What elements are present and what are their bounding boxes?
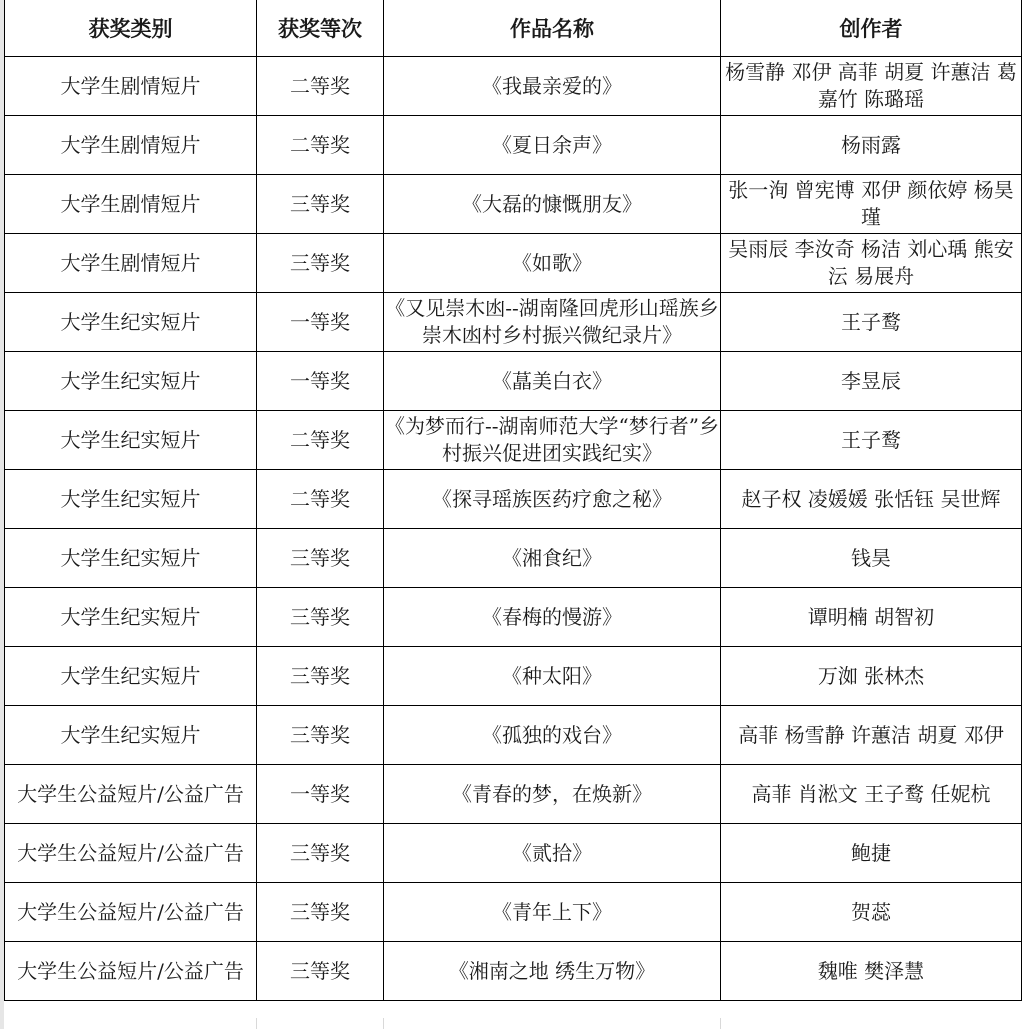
cell-level[interactable]: 二等奖 [257,116,384,175]
cell-title[interactable]: 《探寻瑶族医药疗愈之秘》 [384,470,721,529]
cell-creators[interactable]: 张一洵 曾宪博 邓伊 颜依婷 杨昊瑾 [721,175,1022,234]
header-creators[interactable]: 创作者 [721,0,1022,57]
awards-table: 获奖类别 获奖等次 作品名称 创作者 大学生剧情短片 二等奖 《我最亲爱的》 杨… [4,0,1022,1001]
cell-category[interactable]: 大学生剧情短片 [5,57,257,116]
cell-level[interactable]: 三等奖 [257,824,384,883]
cell-level[interactable]: 一等奖 [257,293,384,352]
cell-level[interactable]: 三等奖 [257,883,384,942]
cell-level[interactable]: 二等奖 [257,57,384,116]
cell-title[interactable]: 《为梦而行--湖南师范大学“梦行者”乡村振兴促进团实践纪实》 [384,411,721,470]
cell-creators[interactable]: 赵子权 凌媛媛 张恬钰 吴世辉 [721,470,1022,529]
cell-creators[interactable]: 魏唯 樊泽慧 [721,942,1022,1001]
cell-title[interactable]: 《如歌》 [384,234,721,293]
cell-creators[interactable]: 高菲 肖淞文 王子鹜 任妮杭 [721,765,1022,824]
cell-category[interactable]: 大学生纪实短片 [5,706,257,765]
cell-level[interactable]: 三等奖 [257,706,384,765]
cell-level[interactable]: 三等奖 [257,175,384,234]
cell-level[interactable]: 三等奖 [257,942,384,1001]
cell-creators[interactable]: 鲍捷 [721,824,1022,883]
cell-title[interactable]: 《大磊的慷慨朋友》 [384,175,721,234]
cell-level[interactable]: 三等奖 [257,234,384,293]
header-row: 获奖类别 获奖等次 作品名称 创作者 [5,0,1022,57]
table-row: 大学生纪实短片 二等奖 《为梦而行--湖南师范大学“梦行者”乡村振兴促进团实践纪… [5,411,1022,470]
cell-title[interactable]: 《湘南之地 绣生万物》 [384,942,721,1001]
cell-creators[interactable]: 万洳 张林杰 [721,647,1022,706]
cell-level[interactable]: 三等奖 [257,647,384,706]
cell-title[interactable]: 《夏日余声》 [384,116,721,175]
table-row: 大学生纪实短片 一等奖 《蕌美白衣》 李昱辰 [5,352,1022,411]
cell-creators[interactable]: 李昱辰 [721,352,1022,411]
cell-title[interactable]: 《孤独的戏台》 [384,706,721,765]
cell-creators[interactable]: 钱昊 [721,529,1022,588]
table-row: 大学生纪实短片 三等奖 《种太阳》 万洳 张林杰 [5,647,1022,706]
table-row: 大学生剧情短片 二等奖 《夏日余声》 杨雨露 [5,116,1022,175]
cell-title[interactable]: 《春梅的慢游》 [384,588,721,647]
cell-creators[interactable]: 贺蕊 [721,883,1022,942]
empty-sheet-area [4,1018,1024,1029]
cell-level[interactable]: 二等奖 [257,470,384,529]
table-row: 大学生剧情短片 三等奖 《如歌》 吴雨辰 李汝奇 杨洁 刘心瑀 熊安沄 易展舟 [5,234,1022,293]
table-row: 大学生公益短片/公益广告 三等奖 《贰拾》 鲍捷 [5,824,1022,883]
table-row: 大学生纪实短片 三等奖 《孤独的戏台》 高菲 杨雪静 许蕙洁 胡夏 邓伊 [5,706,1022,765]
cell-level[interactable]: 三等奖 [257,529,384,588]
cell-title[interactable]: 《又见崇木凼--湖南隆回虎形山瑶族乡崇木凼村乡村振兴微纪录片》 [384,293,721,352]
table-row: 大学生公益短片/公益广告 一等奖 《青春的梦，在焕新》 高菲 肖淞文 王子鹜 任… [5,765,1022,824]
cell-category[interactable]: 大学生纪实短片 [5,352,257,411]
cell-category[interactable]: 大学生纪实短片 [5,293,257,352]
cell-category[interactable]: 大学生纪实短片 [5,470,257,529]
table-row: 大学生公益短片/公益广告 三等奖 《湘南之地 绣生万物》 魏唯 樊泽慧 [5,942,1022,1001]
cell-title[interactable]: 《湘食纪》 [384,529,721,588]
table-row: 大学生纪实短片 三等奖 《湘食纪》 钱昊 [5,529,1022,588]
cell-title[interactable]: 《贰拾》 [384,824,721,883]
awards-sheet: 获奖类别 获奖等次 作品名称 创作者 大学生剧情短片 二等奖 《我最亲爱的》 杨… [4,0,1022,1001]
cell-category[interactable]: 大学生公益短片/公益广告 [5,883,257,942]
cell-level[interactable]: 三等奖 [257,588,384,647]
cell-creators[interactable]: 王子鹜 [721,293,1022,352]
table-row: 大学生纪实短片 二等奖 《探寻瑶族医药疗愈之秘》 赵子权 凌媛媛 张恬钰 吴世辉 [5,470,1022,529]
gridline [256,1018,257,1029]
cell-category[interactable]: 大学生纪实短片 [5,588,257,647]
cell-creators[interactable]: 杨雪静 邓伊 高菲 胡夏 许蕙洁 葛嘉竹 陈璐瑶 [721,57,1022,116]
cell-level[interactable]: 二等奖 [257,411,384,470]
cell-creators[interactable]: 王子鹜 [721,411,1022,470]
cell-category[interactable]: 大学生剧情短片 [5,175,257,234]
cell-category[interactable]: 大学生公益短片/公益广告 [5,824,257,883]
table-row: 大学生剧情短片 二等奖 《我最亲爱的》 杨雪静 邓伊 高菲 胡夏 许蕙洁 葛嘉竹… [5,57,1022,116]
cell-title[interactable]: 《种太阳》 [384,647,721,706]
gridline [720,1018,721,1029]
cell-title[interactable]: 《青年上下》 [384,883,721,942]
table-row: 大学生公益短片/公益广告 三等奖 《青年上下》 贺蕊 [5,883,1022,942]
cell-category[interactable]: 大学生纪实短片 [5,411,257,470]
cell-creators[interactable]: 高菲 杨雪静 许蕙洁 胡夏 邓伊 [721,706,1022,765]
header-title[interactable]: 作品名称 [384,0,721,57]
cell-category[interactable]: 大学生剧情短片 [5,234,257,293]
cell-category[interactable]: 大学生公益短片/公益广告 [5,765,257,824]
header-level[interactable]: 获奖等次 [257,0,384,57]
cell-category[interactable]: 大学生纪实短片 [5,529,257,588]
table-row: 大学生剧情短片 三等奖 《大磊的慷慨朋友》 张一洵 曾宪博 邓伊 颜依婷 杨昊瑾 [5,175,1022,234]
header-category[interactable]: 获奖类别 [5,0,257,57]
cell-creators[interactable]: 杨雨露 [721,116,1022,175]
cell-creators[interactable]: 吴雨辰 李汝奇 杨洁 刘心瑀 熊安沄 易展舟 [721,234,1022,293]
cell-level[interactable]: 一等奖 [257,765,384,824]
table-row: 大学生纪实短片 一等奖 《又见崇木凼--湖南隆回虎形山瑶族乡崇木凼村乡村振兴微纪… [5,293,1022,352]
cell-category[interactable]: 大学生公益短片/公益广告 [5,942,257,1001]
cell-title[interactable]: 《青春的梦，在焕新》 [384,765,721,824]
table-row: 大学生纪实短片 三等奖 《春梅的慢游》 谭明楠 胡智初 [5,588,1022,647]
cell-creators[interactable]: 谭明楠 胡智初 [721,588,1022,647]
cell-category[interactable]: 大学生剧情短片 [5,116,257,175]
cell-level[interactable]: 一等奖 [257,352,384,411]
cell-title[interactable]: 《我最亲爱的》 [384,57,721,116]
cell-title[interactable]: 《蕌美白衣》 [384,352,721,411]
gridline [383,1018,384,1029]
cell-category[interactable]: 大学生纪实短片 [5,647,257,706]
